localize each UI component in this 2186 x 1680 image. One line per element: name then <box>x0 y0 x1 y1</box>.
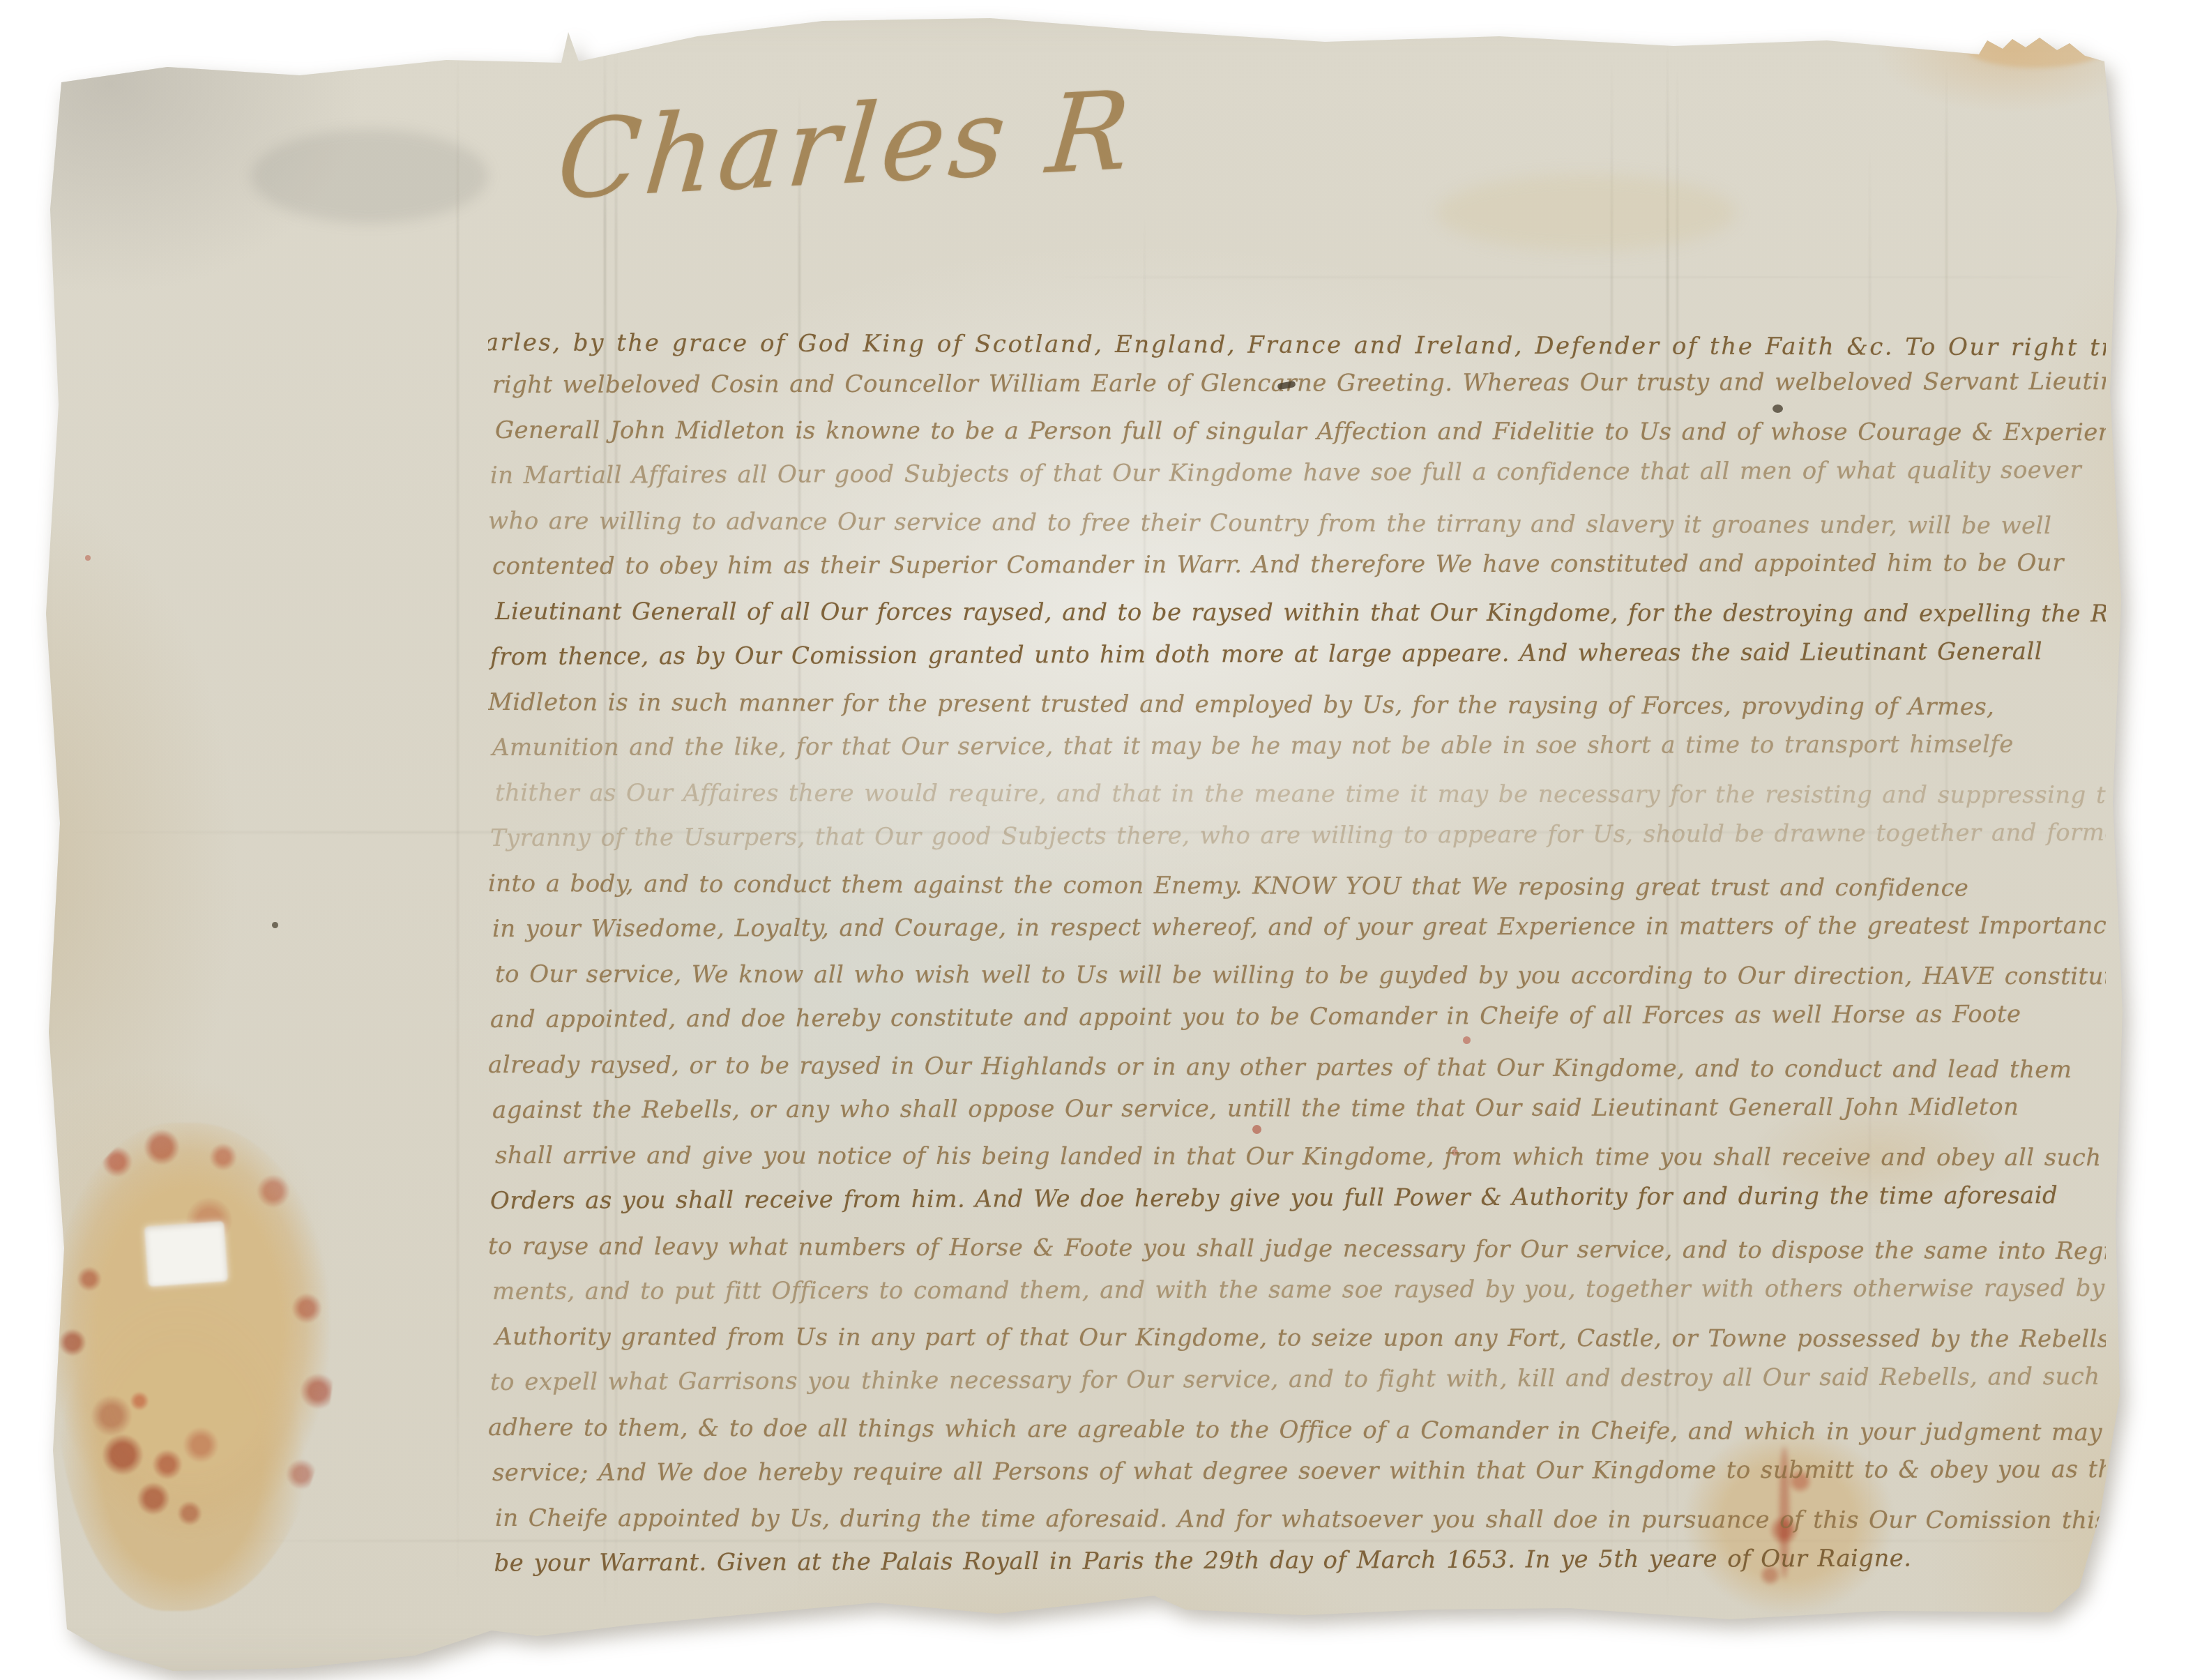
text-line: Amunition and the like, for that Our ser… <box>492 722 2106 771</box>
text-line: against the Rebells, or any who shall op… <box>492 1084 2106 1133</box>
parchment-shadow: Charles R Charles, by the grace of God K… <box>0 0 2186 1680</box>
ink-blot <box>1773 404 1783 413</box>
text-line: in Martiall Affaires all Our good Subjec… <box>490 448 2106 499</box>
text-line: ments, and to put fitt Officers to coman… <box>492 1266 2106 1315</box>
text-line: Tyranny of the Usurpers, that Our good S… <box>490 810 2106 861</box>
wax-speck <box>2164 326 2170 333</box>
faint-ink-ghost <box>1436 174 1736 251</box>
photo-canvas: Charles R Charles, by the grace of God K… <box>0 0 2186 1680</box>
parchment-document: Charles R Charles, by the grace of God K… <box>0 0 2186 1680</box>
text-line: in your Wisedome, Loyalty, and Courage, … <box>492 903 2106 952</box>
wax-seal-remnant <box>56 1123 335 1611</box>
text-line: right welbeloved Cosin and Councellor Wi… <box>492 359 2106 408</box>
fold-crease <box>457 49 459 1611</box>
text-line: Orders as you shall receive from him. An… <box>490 1173 2106 1224</box>
wax-speck <box>85 555 91 561</box>
royal-signature: Charles R <box>553 67 1139 224</box>
text-line: to expell what Garrisons you thinke nece… <box>490 1354 2106 1405</box>
ink-blot <box>272 922 278 928</box>
edge-residue <box>1966 29 2106 68</box>
text-line: and appointed, and doe hereby constitute… <box>490 992 2106 1043</box>
document-body: Charles, by the grace of God King of Sco… <box>488 317 2106 1587</box>
text-line: contented to obey him as their Superior … <box>492 540 2106 589</box>
text-line: from thence, as by Our Comission granted… <box>490 629 2106 680</box>
faint-smudge <box>251 129 488 223</box>
seal-hole <box>144 1221 228 1287</box>
text-line: service; And We doe hereby require all P… <box>492 1447 2106 1496</box>
wax-speck <box>2159 301 2166 311</box>
fold-crease <box>1046 276 2092 278</box>
text-line: shall be your Warrant. Given at the Pala… <box>488 1536 2106 1587</box>
